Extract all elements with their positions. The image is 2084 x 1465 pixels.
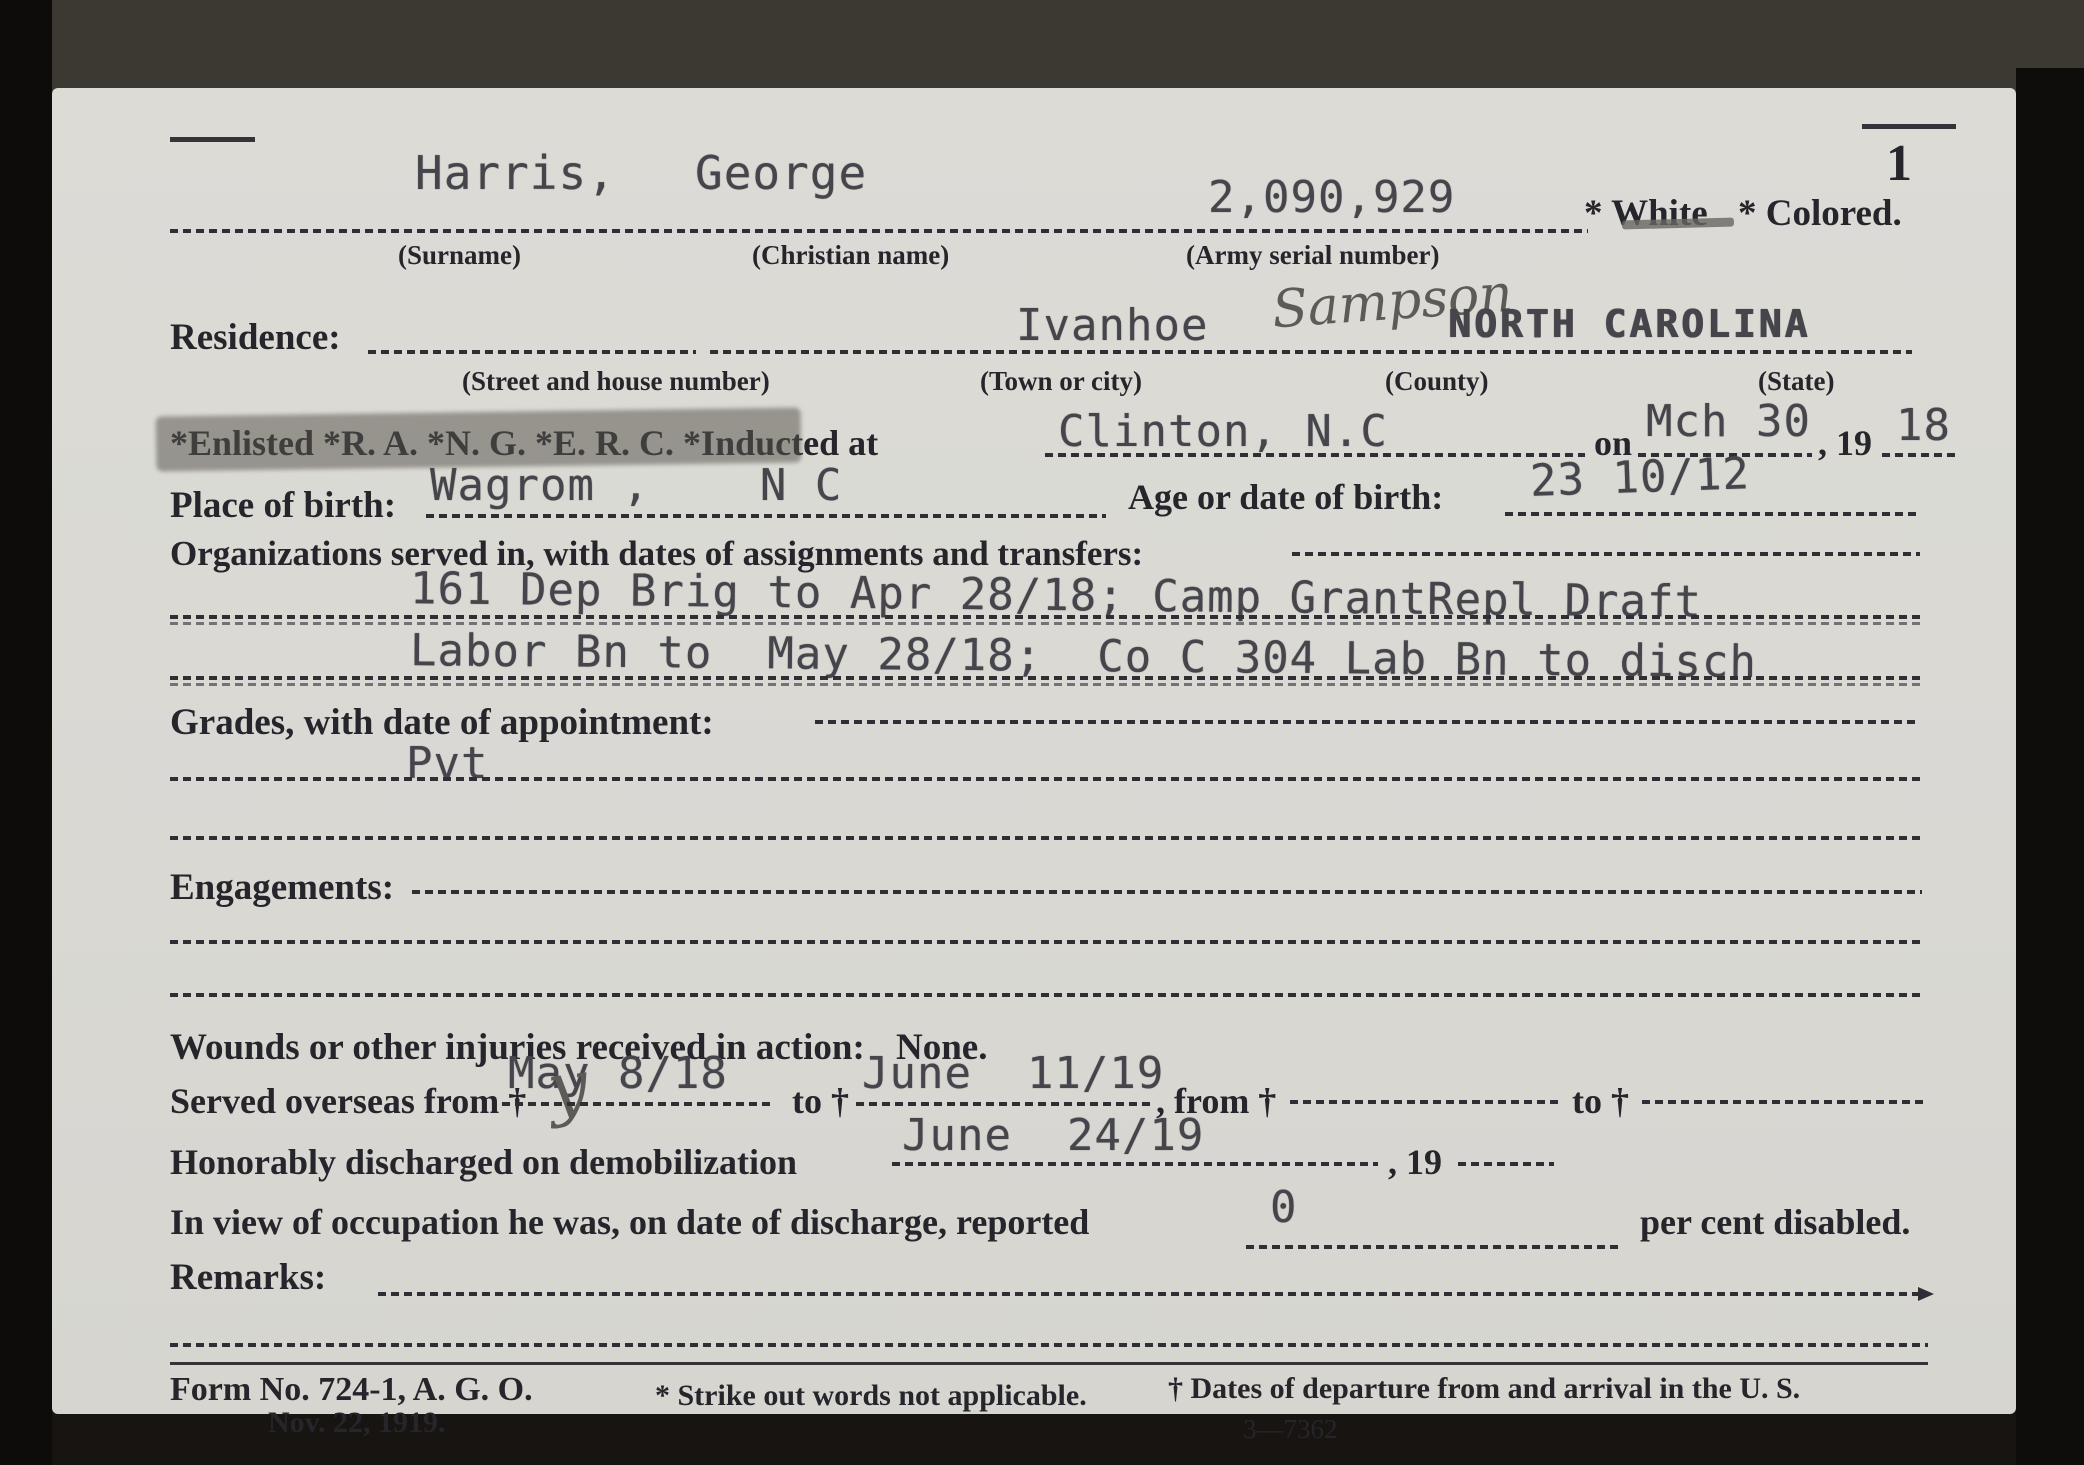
birth-place-rule <box>426 514 1106 518</box>
form-number: Form No. 724-1, A. G. O. <box>170 1371 533 1409</box>
surname-value: Harris, <box>415 146 616 200</box>
organizations-label-rule <box>1292 552 1920 556</box>
page-number-rule <box>1862 124 1956 129</box>
disability-rule <box>1246 1245 1618 1249</box>
birth-age-label: Age or date of birth: <box>1128 476 1443 518</box>
disability-label: In view of occupation he was, on date of… <box>170 1201 1089 1243</box>
birth-age-value: 23 10/12 <box>1529 448 1751 507</box>
residence-town-value: Ivanhoe <box>1016 300 1208 351</box>
state-label: (State) <box>1758 366 1834 397</box>
overseas-to-label2: to † <box>1572 1080 1629 1122</box>
town-label: (Town or city) <box>980 366 1142 397</box>
footer-dashed-rule <box>170 1343 1928 1347</box>
inducted-year-rule <box>1882 453 1958 457</box>
christian-name-label: (Christian name) <box>752 240 949 271</box>
scan-background-right <box>2016 68 2084 1465</box>
county-label: (County) <box>1385 366 1489 397</box>
scan-background-top <box>40 0 2084 92</box>
grades-rule-1 <box>170 777 1925 781</box>
overseas-label: Served overseas from † <box>170 1080 526 1122</box>
serial-number-label: (Army serial number) <box>1186 240 1439 271</box>
overseas-to-label1: to † <box>792 1080 849 1122</box>
overseas-from1-rule <box>502 1102 774 1106</box>
residence-label: Residence: <box>170 316 341 359</box>
footer-solid-rule <box>170 1362 1928 1365</box>
overseas-to1-rule <box>856 1102 1152 1106</box>
birth-age-rule <box>1505 512 1918 516</box>
print-code: 3—7362 <box>1243 1414 1338 1445</box>
residence-rule-1 <box>368 350 696 354</box>
overseas-to2-rule <box>1642 1100 1925 1104</box>
discharge-year-rule <box>1458 1162 1554 1166</box>
remarks-label: Remarks: <box>170 1256 326 1299</box>
race-option-colored: * Colored. <box>1738 192 1902 235</box>
inducted-place-rule <box>1045 453 1585 457</box>
birth-place-label: Place of birth: <box>170 484 396 527</box>
organizations-rule-2b <box>170 683 1925 686</box>
overseas-from1-value: May 8/18 <box>508 1048 728 1099</box>
residence-state-stamp: NORTH CAROLINA <box>1448 302 1810 346</box>
grades-value: Pvt <box>406 738 488 789</box>
grades-label-rule <box>815 720 1920 724</box>
disability-value: 0 <box>1270 1182 1298 1233</box>
page-number: 1 <box>1886 134 1912 193</box>
engagements-label: Engagements: <box>170 866 394 909</box>
overseas-to1-value: June 11/19 <box>862 1048 1164 1099</box>
christian-name-value: George <box>695 146 867 200</box>
discharge-date-rule <box>892 1162 1378 1166</box>
grades-rule-2 <box>170 836 1925 840</box>
disability-suffix: per cent disabled. <box>1640 1201 1910 1243</box>
overseas-from2-rule <box>1290 1100 1558 1104</box>
engagements-rule-1 <box>170 940 1925 944</box>
birth-place-value: Wagrom , N C <box>430 460 842 511</box>
organizations-rule-2 <box>170 676 1925 680</box>
serial-number-value: 2,090,929 <box>1208 172 1455 223</box>
organizations-rule-1 <box>170 615 1925 619</box>
engagements-label-rule <box>412 890 1922 894</box>
form-date: Nov. 22, 1919. <box>268 1406 446 1440</box>
discharge-label: Honorably discharged on demobilization <box>170 1141 797 1183</box>
discharge-year-prefix: , 19 <box>1388 1141 1442 1183</box>
inducted-year-value: 18 <box>1896 400 1951 451</box>
top-left-tick-mark <box>170 137 255 142</box>
street-label: (Street and house number) <box>462 366 770 397</box>
remarks-rule <box>378 1292 1918 1296</box>
inducted-year-prefix: , 19 <box>1818 422 1872 464</box>
strike-out-note: * Strike out words not applicable. <box>655 1379 1087 1413</box>
surname-label: (Surname) <box>398 240 521 271</box>
inducted-place-value: Clinton, N.C <box>1058 406 1388 457</box>
name-row-rule <box>170 229 1588 233</box>
inducted-date-value: Mch 30 <box>1646 396 1811 447</box>
engagements-rule-2 <box>170 993 1925 997</box>
scanned-service-record: 1 Harris, George 2,090,929 * White * Col… <box>0 0 2084 1465</box>
remarks-line-arrow-icon <box>1918 1287 1934 1301</box>
dagger-note: † Dates of departure from and arrival in… <box>1168 1372 1800 1406</box>
discharge-date-value: June 24/19 <box>902 1110 1204 1161</box>
residence-rule-2 <box>710 350 1912 354</box>
